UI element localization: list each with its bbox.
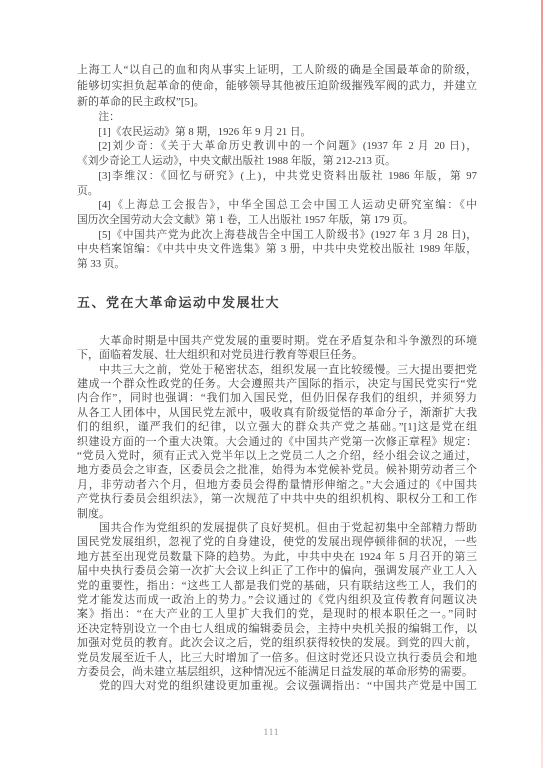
text-line: 新的革命的民主政权”[5]。 (77, 94, 477, 110)
text-line: 能够切实担负起革命的使命，能够领导其他被压迫阶级摧残军阀的武力，并建立 (77, 78, 477, 94)
text-line: 建成一个群众性政党的任务。大会遵照共产国际的指示，决定与国民党实行“党 (77, 377, 477, 391)
note-item-5: [5]《中国共产党为此次上海巷战告全中国工人阶级书》(1927 年 3 月 28… (77, 228, 477, 272)
text-line: 第 33 页。 (77, 257, 477, 272)
text-line: [3]李维汉：《回忆与研究》(上)，中共党史资料出版社 1986 年版，第 97 (77, 169, 477, 184)
text-line: [5]《中国共产党为此次上海巷战告全中国工人阶级书》(1927 年 3 月 28… (77, 228, 477, 243)
body-paragraph-1: 大革命时期是中国共产党发展的重要时期。党在矛盾复杂和斗争激烈的环境下，面临着发展… (77, 334, 477, 363)
text-line: 产党执行委员会组织法》，第一次规范了中共中央的组织机构、职权分工和工作 (77, 492, 477, 506)
text-line: 方委员会，尚未建立基层组织，这种情况远不能满足日益发展的革命形势的需要。 (77, 665, 477, 679)
text-line: “党员入党时，须有正式入党半年以上之党员二人之介绍，经小组会议之通过， (77, 449, 477, 463)
text-line: 国共合作为党组织的发展提供了良好契机。但由于党起初集中全部精力帮助 (77, 521, 477, 535)
intro-paragraph: 上海工人“以自己的血和肉从事实上证明，工人阶级的确是全国最革命的阶级，能够切实担… (77, 62, 477, 110)
text-line: 地方甚至出现党员数量下降的趋势。为此，中共中央在 1924 年 5 月召开的第三 (77, 550, 477, 564)
notes-label: 注： (77, 110, 477, 125)
text-line: 党的重要性，指出：“这些工人都是我们党的基础，只有联结这些工人，我们的 (77, 579, 477, 593)
notes-section: 注： [1]《农民运动》第 8 期，1926 年 9 月 21 日。 [2]刘少… (77, 110, 477, 272)
note-item-3: [3]李维汉：《回忆与研究》(上)，中共党史资料出版社 1986 年版，第 97… (77, 169, 477, 198)
text-line: 党才能发达而成一政治上的势力。”会议通过的《党内组织及宣传教育问题议决 (77, 593, 477, 607)
text-line: 内合作”，同时也强调：“我们加入国民党，但仍旧保存我们的组织，并须努力 (77, 391, 477, 405)
text-line: 上海工人“以自己的血和肉从事实上证明，工人阶级的确是全国最革命的阶级， (77, 62, 477, 78)
text-line: 地方委员会之审查，区委员会之批准，始得为本党候补党员。候补期劳动者三个 (77, 463, 477, 477)
body-paragraph-3: 国共合作为党组织的发展提供了良好契机。但由于党起初集中全部精力帮助国民党发展组织… (77, 521, 477, 679)
note-item-2: [2]刘少奇：《关于大革命历史教训中的一个问题》(1937 年 2 月 20 日… (77, 139, 477, 168)
text-line: 下，面临着发展、壮大组织和对党员进行教育等艰巨任务。 (77, 348, 477, 362)
text-line: 织建设方面的一个重大决策。大会通过的《中国共产党第一次修正章程》规定： (77, 435, 477, 449)
text-line: 月，非劳动者六个月，但地方委员会得酌量情形伸缩之。”大会通过的《中国共 (77, 478, 477, 492)
text-line: [2]刘少奇：《关于大革命历史教训中的一个问题》(1937 年 2 月 20 日… (77, 139, 477, 154)
note-item-1: [1]《农民运动》第 8 期，1926 年 9 月 21 日。 (77, 125, 477, 140)
text-line: 大革命时期是中国共产党发展的重要时期。党在矛盾复杂和斗争激烈的环境 (77, 334, 477, 348)
text-line: 案》指出：“在大产业的工人里扩大我们的党，是现时的根本职任之一。”同时 (77, 607, 477, 621)
text-line: [4]《上海总工会报告》，中华全国总工会中国工人运动史研究室编：《中 (77, 198, 477, 213)
text-line: 加强对党员的教育。此次会议之后，党的组织获得较快的发展。到党的四大前， (77, 636, 477, 650)
note-item-4: [4]《上海总工会报告》，中华全国总工会中国工人运动史研究室编：《中国历次全国劳… (77, 198, 477, 227)
body-paragraph-2: 中共三大之前，党处于秘密状态，组织发展一直比较缓慢。三大提出要把党建成一个群众性… (77, 363, 477, 521)
text-line: 页。 (77, 184, 477, 199)
text-line: 们的组织，谨严我们的纪律，以立强大的群众共产党之基础。”[1]这是党在组 (77, 420, 477, 434)
section-heading: 五、党在大革命运动中发展壮大 (77, 294, 477, 311)
document-page: 上海工人“以自己的血和肉从事实上证明，工人阶级的确是全国最革命的阶级，能够切实担… (0, 0, 543, 768)
text-line: 中央档案馆编：《中共中央文件选集》第 3 册，中共中央党校出版社 1989 年版… (77, 242, 477, 257)
text-line: 届中央执行委员会第一次扩大会议上纠正了工作中的偏向，强调发展产业工人入 (77, 564, 477, 578)
text-block: 上海工人“以自己的血和肉从事实上证明，工人阶级的确是全国最革命的阶级，能够切实担… (77, 62, 477, 694)
text-line: 党的四大对党的组织建设更加重视。会议强调指出：“中国共产党是中国工 (77, 679, 477, 693)
text-line: 党员发展至近千人，比三大时增加了一倍多。但这时党还只设立执行委员会和地 (77, 651, 477, 665)
body-text: 大革命时期是中国共产党发展的重要时期。党在矛盾复杂和斗争激烈的环境下，面临着发展… (77, 334, 477, 694)
text-line: 从各工人团体中，从国民党左派中，吸收真有阶级觉悟的革命分子，渐渐扩大我 (77, 406, 477, 420)
text-line: [1]《农民运动》第 8 期，1926 年 9 月 21 日。 (77, 125, 477, 140)
text-line: 国民党发展组织，忽视了党的自身建设，使党的发展出现停顿徘徊的状况，一些 (77, 535, 477, 549)
text-line: 注： (77, 110, 477, 125)
text-line: 《刘少奇论工人运动》，中央文献出版社 1988 年版，第 212-213 页。 (77, 154, 477, 169)
text-line: 还决定特别设立一个由七人组成的编辑委员会，主持中央机关报的编辑工作，以 (77, 622, 477, 636)
text-line: 制度。 (77, 507, 477, 521)
text-line: 国历次全国劳动大会文献》第 1 卷，工人出版社 1957 年版，第 179 页。 (77, 213, 477, 228)
text-line: 中共三大之前，党处于秘密状态，组织发展一直比较缓慢。三大提出要把党 (77, 363, 477, 377)
page-number: 111 (0, 727, 543, 737)
body-paragraph-4: 党的四大对党的组织建设更加重视。会议强调指出：“中国共产党是中国工 (77, 679, 477, 693)
